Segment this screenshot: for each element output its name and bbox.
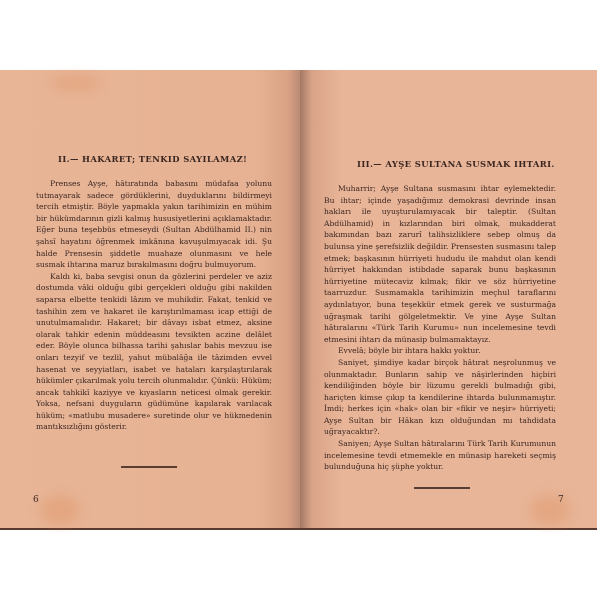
right-page: III.— AYŞE SULTANA SUSMAK IHTARI. Muharr… [300,70,597,528]
paragraph: Evvelâ; böyle bir ihtara hakkı yoktur. [324,345,556,357]
section-divider [414,487,470,489]
chapter-title: III.— AYŞE SULTANA SUSMAK IHTARI. [357,159,555,169]
chapter-title: II.— HAKARET; TENKID SAYILAMAZ! [58,154,247,164]
body-text: Muharrir; Ayşe Sultana susmasını ihtar e… [324,183,556,473]
paper-stain [50,76,100,90]
page-number: 7 [558,495,564,505]
paragraph: Prenses Ayşe, hâtıratında babasını müdaf… [36,178,272,271]
paragraph: Kaldı ki, baba sevgisi onun da gözlerini… [36,271,272,433]
left-page: II.— HAKARET; TENKID SAYILAMAZ! Prenses … [0,70,300,528]
book-spread: II.— HAKARET; TENKID SAYILAMAZ! Prenses … [0,70,597,530]
paragraph: Muharrir; Ayşe Sultana susmasını ihtar e… [324,183,556,345]
page-number: 6 [33,495,39,505]
paragraph: Saniyen; Ayşe Sultan hâtıralarını Türk T… [324,438,556,473]
paper-stain [40,495,80,525]
body-text: Prenses Ayşe, hâtıratında babasını müdaf… [36,178,272,433]
section-divider [121,466,177,468]
paragraph: Saniyet, şimdiye kadar birçok hâtırat ne… [324,357,556,438]
paper-stain [530,495,570,525]
